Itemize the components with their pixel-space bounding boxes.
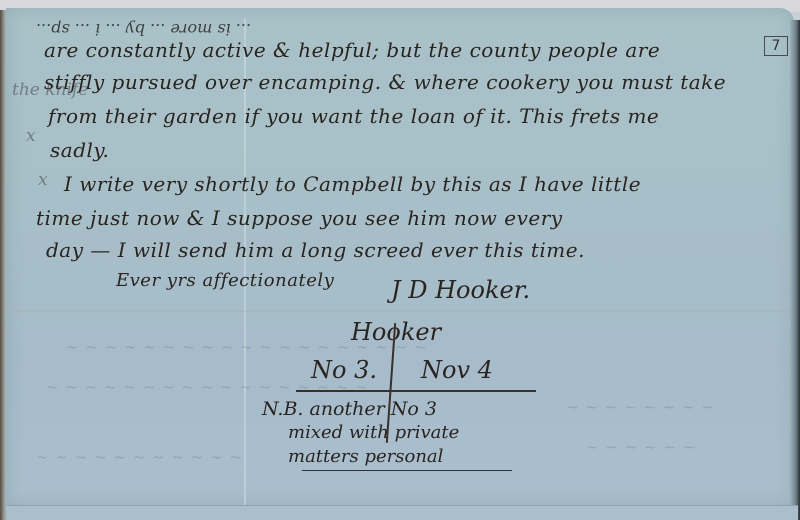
bleed-through-text: ~ ~ ~ ~ ~ ~ ~ ~ [566, 398, 715, 416]
docket-note-line-1: N.B. another No 3 [262, 398, 437, 420]
signature: J D Hooker. [391, 276, 530, 304]
docket-number: No 3. [311, 356, 377, 384]
bleed-through-text: ~ ~ ~ ~ ~ ~ ~ ~ ~ ~ ~ [36, 448, 243, 466]
letter-line-3: from their garden if you want the loan o… [48, 104, 659, 128]
docket-rule-top [296, 390, 536, 392]
docket-name: Hooker [351, 318, 441, 346]
letter-line-4: sadly. [50, 138, 109, 162]
page-number-box: 7 [764, 36, 788, 56]
margin-mark: x [38, 170, 48, 190]
docket-date: Nov 4 [421, 356, 493, 384]
letter-closing: Ever yrs affectionately [116, 270, 334, 291]
letter-page: ~ ~ ~ ~ ~ ~ ~ ~ ~ ~ ~ ~ ~ ~ ~ ~ ~ ~ ~ ~ … [6, 8, 794, 506]
letter-line-7: day — I will send him a long screed ever… [46, 238, 585, 262]
letter-line-2: stiffly pursued over encamping. & where … [44, 70, 726, 94]
docket-rule-bottom [302, 470, 512, 471]
page-right-edge [790, 20, 800, 520]
upside-down-line: ... is more ... by ... i ... sp... [36, 20, 251, 39]
horizontal-fold-crease [14, 310, 794, 312]
next-page-edge [8, 505, 798, 520]
docket-note-line-3: matters personal [288, 446, 443, 467]
margin-mark: x [26, 126, 36, 146]
bleed-through-text: ~ ~ ~ ~ ~ ~ [586, 438, 696, 456]
letter-line-1: are constantly active & helpful; but the… [44, 38, 660, 62]
letter-line-5: I write very shortly to Campbell by this… [64, 172, 641, 196]
docket-note-line-2: mixed with private [288, 422, 459, 443]
letter-line-6: time just now & I suppose you see him no… [36, 206, 563, 230]
